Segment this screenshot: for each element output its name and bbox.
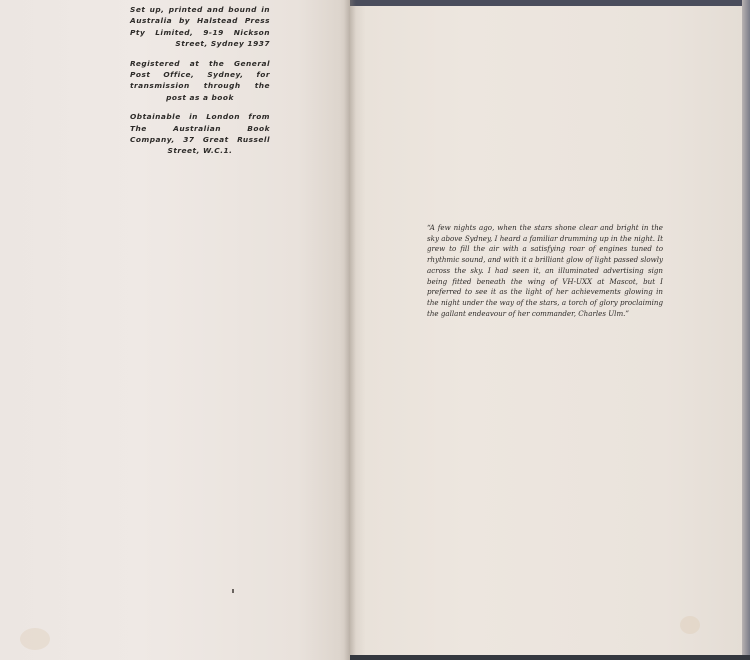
imprint-london-distributor: Obtainable in London from The Australian…: [130, 111, 270, 157]
cover-bottom-edge: [350, 655, 750, 660]
book-cover-edge: [742, 0, 750, 660]
left-page-verso: Set up, printed and bound in Australia b…: [0, 0, 350, 660]
paper-stain: [680, 616, 700, 634]
right-page-recto: [350, 6, 742, 656]
book-spine-gutter: [344, 0, 356, 660]
ink-speck: [232, 589, 234, 593]
paper-stain: [20, 628, 50, 650]
imprint-printer: Set up, printed and bound in Australia b…: [130, 4, 270, 50]
printer-imprint: Set up, printed and bound in Australia b…: [130, 4, 270, 165]
imprint-registration: Registered at the General Post Office, S…: [130, 58, 270, 104]
epigraph-quote: “A few nights ago, when the stars shone …: [427, 223, 663, 319]
